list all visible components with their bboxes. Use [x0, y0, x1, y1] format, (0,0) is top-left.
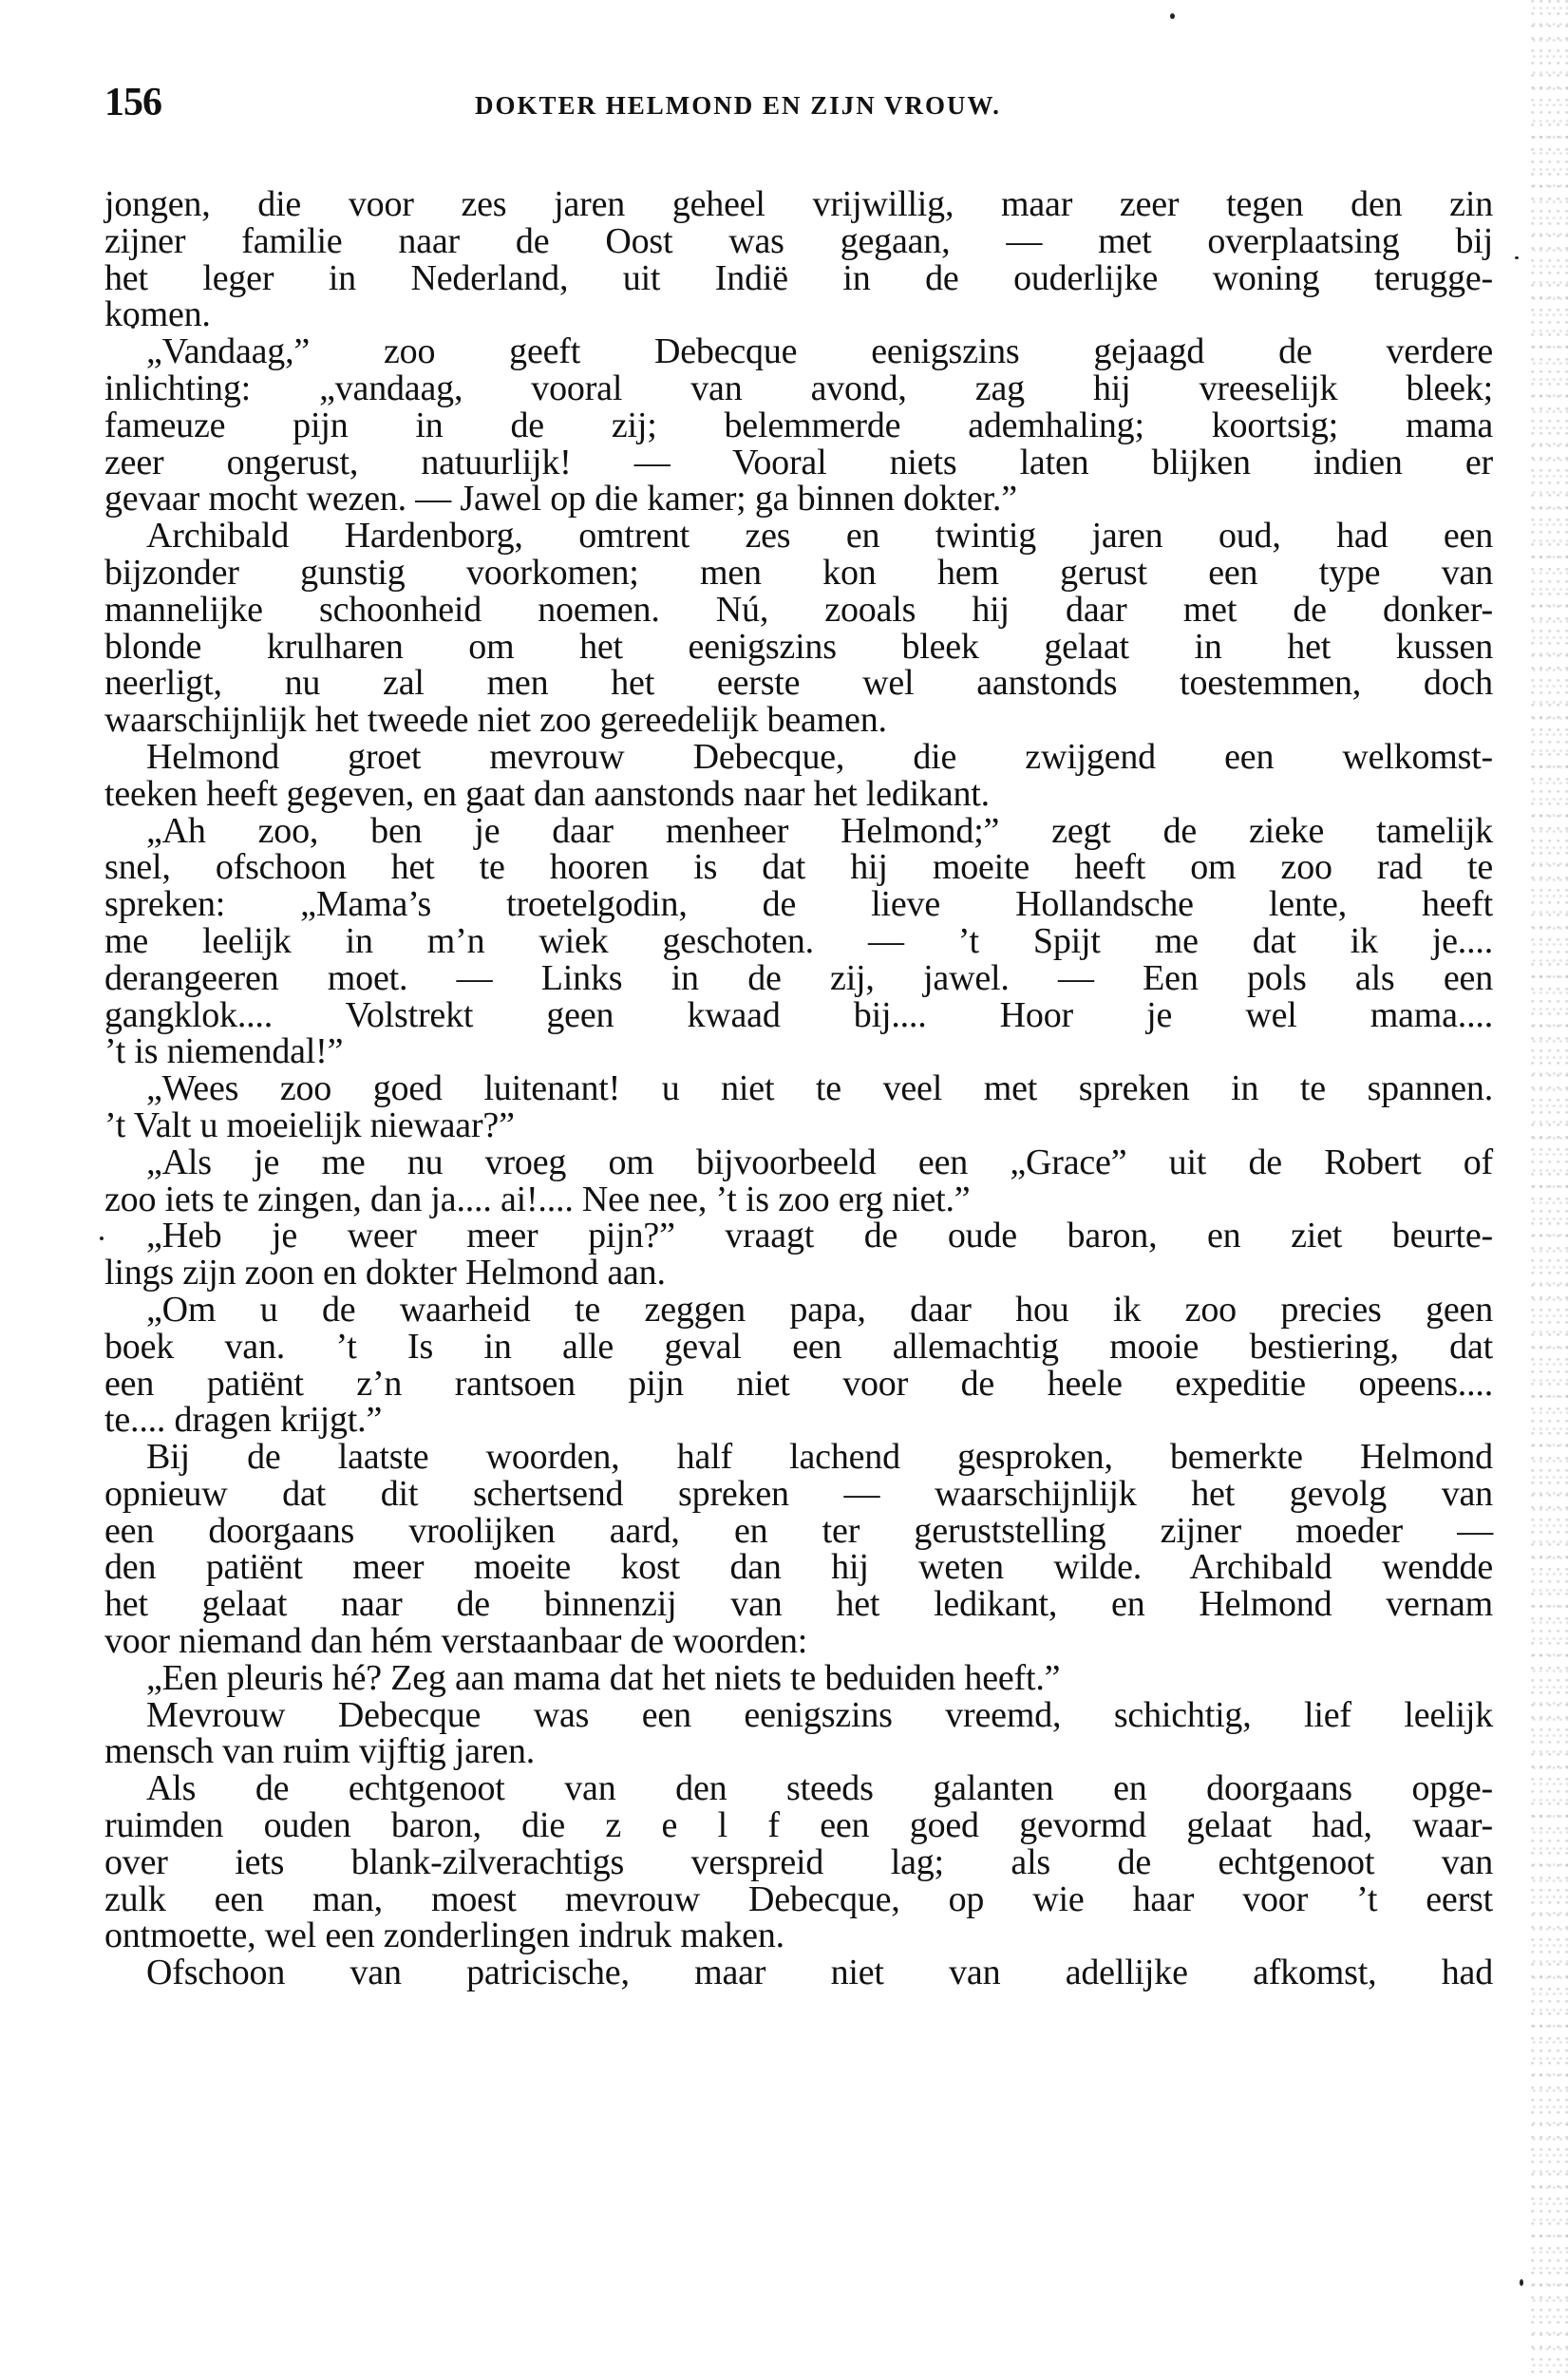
text-line: den patiënt meer moeite kost dan hij wet… — [104, 1549, 1493, 1586]
paragraph-first-line: „Wees zoo goed luitenant! u niet te veel… — [104, 1070, 1493, 1107]
text-line: een patiënt z’n rantsoen pijn niet voor … — [104, 1366, 1493, 1403]
paragraph-first-line: „Als je me nu vroeg om bijvoorbeeld een … — [104, 1144, 1493, 1181]
text-line: spreken: „Mama’s troetelgodin, de lieve … — [104, 886, 1493, 923]
text-line: blonde krulharen om het eenigszins bleek… — [104, 629, 1493, 666]
text-line: opnieuw dat dit schertsend spreken — waa… — [104, 1476, 1493, 1513]
text-line: te.... dragen krijgt.” — [104, 1402, 1493, 1439]
paragraph-first-line: Helmond groet mevrouw Debecque, die zwij… — [104, 739, 1493, 776]
text-line: waarschijnlijk het tweede niet zoo geree… — [104, 702, 1493, 739]
scan-speck — [1170, 13, 1175, 19]
text-line: komen. — [104, 296, 1493, 333]
text-line: gevaar mocht wezen. — Jawel op die kamer… — [104, 481, 1493, 518]
scan-edge-noise — [1530, 0, 1568, 2378]
scan-speck — [1515, 256, 1519, 259]
text-line: ’t Valt u moeielijk niewaar?” — [104, 1107, 1493, 1144]
text-line: mannelijke schoonheid noemen. Nú, zooals… — [104, 592, 1493, 629]
text-line: zijner familie naar de Oost was gegaan, … — [104, 223, 1493, 260]
paragraph-first-line: „Vandaag,” zoo geeft Debecque eenigszins… — [104, 333, 1493, 370]
text-line: teeken heeft gegeven, en gaat dan aansto… — [104, 776, 1493, 813]
text-line: inlichting: „vandaag, vooral van avond, … — [104, 370, 1493, 407]
paragraph-first-line: Als de echtgenoot van den steeds galante… — [104, 1770, 1493, 1807]
scan-speck — [1520, 2279, 1523, 2286]
text-line: ontmoette, wel een zonderlingen indruk m… — [104, 1917, 1493, 1954]
scan-speck — [100, 1236, 104, 1240]
paragraph-first-line: „Om u de waarheid te zeggen papa, daar h… — [104, 1292, 1493, 1329]
scan-speck — [131, 325, 135, 329]
text-line: lings zijn zoon en dokter Helmond aan. — [104, 1255, 1493, 1292]
text-line: voor niemand dan hém verstaanbaar de woo… — [104, 1623, 1493, 1660]
text-line: ’t is niemendal!” — [104, 1033, 1493, 1070]
page-number: 156 — [104, 80, 161, 125]
paragraph-first-line: Archibald Hardenborg, omtrent zes en twi… — [104, 518, 1493, 555]
paragraph-first-line: „Een pleuris hé? Zeg aan mama dat het ni… — [104, 1660, 1493, 1697]
paragraph-first-line: „Ah zoo, ben je daar menheer Helmond;” z… — [104, 813, 1493, 850]
running-title: DOKTER HELMOND EN ZIJN VROUW. — [475, 91, 1001, 121]
book-page: 156 DOKTER HELMOND EN ZIJN VROUW. jongen… — [0, 0, 1568, 2378]
text-line: gangklok.... Volstrekt geen kwaad bij...… — [104, 997, 1493, 1034]
text-line: derangeeren moet. — Links in de zij, jaw… — [104, 960, 1493, 997]
text-line: bijzonder gunstig voorkomen; men kon hem… — [104, 555, 1493, 592]
text-line: het gelaat naar de binnenzij van het led… — [104, 1586, 1493, 1623]
text-line: snel, ofschoon het te hooren is dat hij … — [104, 849, 1493, 886]
text-line: jongen, die voor zes jaren geheel vrijwi… — [104, 186, 1493, 223]
paragraph-first-line: Ofschoon van patricische, maar niet van … — [104, 1954, 1493, 1991]
page-header: 156 DOKTER HELMOND EN ZIJN VROUW. — [104, 80, 1501, 127]
text-line: zeer ongerust, natuurlijk! — Vooral niet… — [104, 444, 1493, 481]
text-line: fameuze pijn in de zij; belemmerde ademh… — [104, 407, 1493, 444]
text-line: ruimden ouden baron, die z e l f een goe… — [104, 1807, 1493, 1844]
text-line: over iets blank-zilverachtigs verspreid … — [104, 1844, 1493, 1881]
paragraph-first-line: „Heb je weer meer pijn?” vraagt de oude … — [104, 1217, 1493, 1255]
paragraph-first-line: Mevrouw Debecque was een eenigszins vree… — [104, 1697, 1493, 1734]
text-line: zulk een man, moest mevrouw Debecque, op… — [104, 1881, 1493, 1918]
text-line: me leelijk in m’n wiek geschoten. — ’t S… — [104, 923, 1493, 960]
body-text: jongen, die voor zes jaren geheel vrijwi… — [104, 186, 1493, 1991]
text-line: een doorgaans vroolijken aard, en ter ge… — [104, 1513, 1493, 1550]
text-line: het leger in Nederland, uit Indië in de … — [104, 260, 1493, 297]
text-line: zoo iets te zingen, dan ja.... ai!.... N… — [104, 1181, 1493, 1218]
paragraph-first-line: Bij de laatste woorden, half lachend ges… — [104, 1439, 1493, 1476]
text-line: mensch van ruim vijftig jaren. — [104, 1733, 1493, 1770]
text-line: boek van. ’t Is in alle geval een allema… — [104, 1329, 1493, 1366]
text-line: neerligt, nu zal men het eerste wel aans… — [104, 665, 1493, 702]
